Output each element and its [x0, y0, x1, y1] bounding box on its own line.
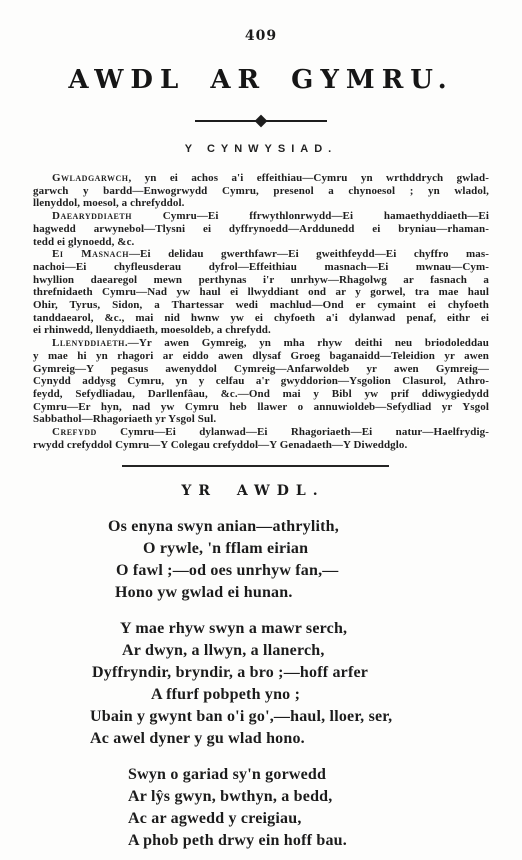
poem-line: Ac ar agwedd y creigiau,	[128, 808, 489, 830]
synopsis-text: Cymru—Ei ffrwythlonrwydd—Ei hamaethyddia…	[132, 210, 489, 222]
synopsis-line: Daearyddiaeth Cymru—Ei ffrwythlonrwydd—E…	[33, 210, 489, 223]
poem-line: O fawl ;—od oes unrhyw fan,—	[116, 560, 489, 582]
paragraph-lead: Gwladgarwch	[52, 172, 128, 184]
synopsis-section: Gwladgarwch, yn ei achos a'i effeithiau—…	[33, 172, 489, 451]
synopsis-line: Ohir, Tyrus, Sidon, a Thartessar wedi ma…	[33, 299, 489, 312]
poem: Os enyna swyn anian—athrylith, O rywle, …	[33, 516, 489, 852]
synopsis-line: Cynydd addysg Cymru, yn y celfau a'r gwy…	[33, 375, 489, 388]
title-divider	[195, 115, 327, 126]
synopsis-line: tanddaearol, &c., mai nid hwnw yw ei chy…	[33, 312, 489, 325]
synopsis-text: Cymru—Ei dylanwad—Ei Rhagoriaeth—Ei natu…	[97, 426, 489, 438]
synopsis-line: Ei Masnach—Ei delidau gwerthfawr—Ei gwei…	[33, 248, 489, 261]
section-rule	[122, 465, 389, 467]
paragraph-lead: Ei Masnach	[52, 248, 129, 260]
poem-line: Os enyna swyn anian—athrylith,	[108, 516, 489, 538]
poem-line: Y mae rhyw swyn a mawr serch,	[120, 618, 489, 640]
paragraph-lead: Crefydd	[52, 426, 97, 438]
poem-stanza: Y mae rhyw swyn a mawr serch, Ar dwyn, a…	[33, 618, 489, 750]
synopsis-line: y mae hi yn rhagori ar eiddo awen dlysaf…	[33, 350, 489, 363]
synopsis-line: hwyllion daearegol mewn perthynas i'r un…	[33, 274, 489, 287]
scanned-page: 409 AWDL AR GYMRU. Y CYNWYSIAD. Gwladgar…	[0, 0, 522, 860]
poem-line: Ar lŷs gwyn, bwthyn, a bedd,	[128, 786, 489, 808]
synopsis-text: , yn ei achos a'i effeithiau—Cymru yn wr…	[128, 172, 489, 184]
synopsis-paragraph: Daearyddiaeth Cymru—Ei ffrwythlonrwydd—E…	[33, 210, 489, 248]
diamond-icon	[255, 114, 268, 127]
poem-stanza: Swyn o gariad sy'n gorwedd Ar lŷs gwyn, …	[33, 764, 489, 852]
synopsis-line: Crefydd Cymru—Ei dylanwad—Ei Rhagoriaeth…	[33, 426, 489, 439]
poem-line: Ar dwyn, a llwyn, a llanerch,	[122, 640, 489, 662]
page-number: 409	[33, 27, 489, 45]
synopsis-line: threfnidaeth Cymru—Nad yw haul ei llwydd…	[33, 286, 489, 299]
poem-line: Dyffryndir, bryndir, a bro ;—hoff arfer	[92, 662, 489, 684]
synopsis-paragraph: Ei Masnach—Ei delidau gwerthfawr—Ei gwei…	[33, 248, 489, 337]
synopsis-paragraph: Crefydd Cymru—Ei dylanwad—Ei Rhagoriaeth…	[33, 426, 489, 451]
poem-line: Hono yw gwlad ei hunan.	[115, 582, 489, 604]
synopsis-paragraph: Gwladgarwch, yn ei achos a'i effeithiau—…	[33, 172, 489, 210]
poem-line: O rywle, 'n fflam eirian	[143, 538, 489, 560]
synopsis-line: rwydd crefyddol Cymru—Y Colegau crefyddo…	[33, 439, 489, 452]
poem-line: Swyn o gariad sy'n gorwedd	[128, 764, 489, 786]
synopsis-line: Gymreig—Y pegasus awenyddol Cymreig—Anfa…	[33, 363, 489, 376]
synopsis-line: garwch y bardd—Enwogrwydd Cymru, preseno…	[33, 185, 489, 198]
synopsis-line: llenyddol, moesol, a chrefyddol.	[33, 197, 489, 210]
synopsis-paragraph: Llenyddiaeth.—Yr awen Gymreig, yn mha rh…	[33, 337, 489, 426]
page-title: AWDL AR GYMRU.	[33, 66, 489, 94]
synopsis-line: Llenyddiaeth.—Yr awen Gymreig, yn mha rh…	[33, 337, 489, 350]
synopsis-line: Gwladgarwch, yn ei achos a'i effeithiau—…	[33, 172, 489, 185]
poem-line: A phob peth drwy ein hoff bau.	[128, 830, 489, 852]
synopsis-line: tedd ei glynoedd, &c.	[33, 236, 489, 249]
paragraph-lead: Daearyddiaeth	[52, 210, 132, 222]
contents-heading: Y CYNWYSIAD.	[33, 143, 489, 155]
synopsis-line: nachoi—Ei chyfleusderau dyfrol—Effeithia…	[33, 261, 489, 274]
synopsis-text: .—Yr awen Gymreig, yn mha rhyw deithi ne…	[125, 337, 489, 349]
poem-line: Ac awel dyner y gu wlad hono.	[90, 728, 489, 750]
poem-line: Ubain y gwynt ban o'i go',—haul, lloer, …	[90, 706, 489, 728]
paragraph-lead: Llenyddiaeth	[52, 337, 125, 349]
awdl-heading: YR AWDL.	[25, 484, 481, 499]
poem-line: A ffurf pobpeth yno ;	[151, 684, 489, 706]
poem-stanza: Os enyna swyn anian—athrylith, O rywle, …	[33, 516, 489, 604]
synopsis-line: hagwedd arwynebol—Tlysni ei dyffrynoedd—…	[33, 223, 489, 236]
synopsis-line: ei rhinwedd, llenyddiaeth, moesoldeb, a …	[33, 324, 489, 337]
synopsis-text: —Ei delidau gwerthfawr—Ei gweithfeydd—Ei…	[129, 248, 489, 260]
synopsis-line: Cymru—Er hyn, nad yw Cymru heb llawer o …	[33, 401, 489, 414]
synopsis-line: feydd, Sefydliadau, Darllenfâau, &c.—Ond…	[33, 388, 489, 401]
synopsis-line: Sabbathol—Rhagoriaeth yr Ysgol Sul.	[33, 413, 489, 426]
